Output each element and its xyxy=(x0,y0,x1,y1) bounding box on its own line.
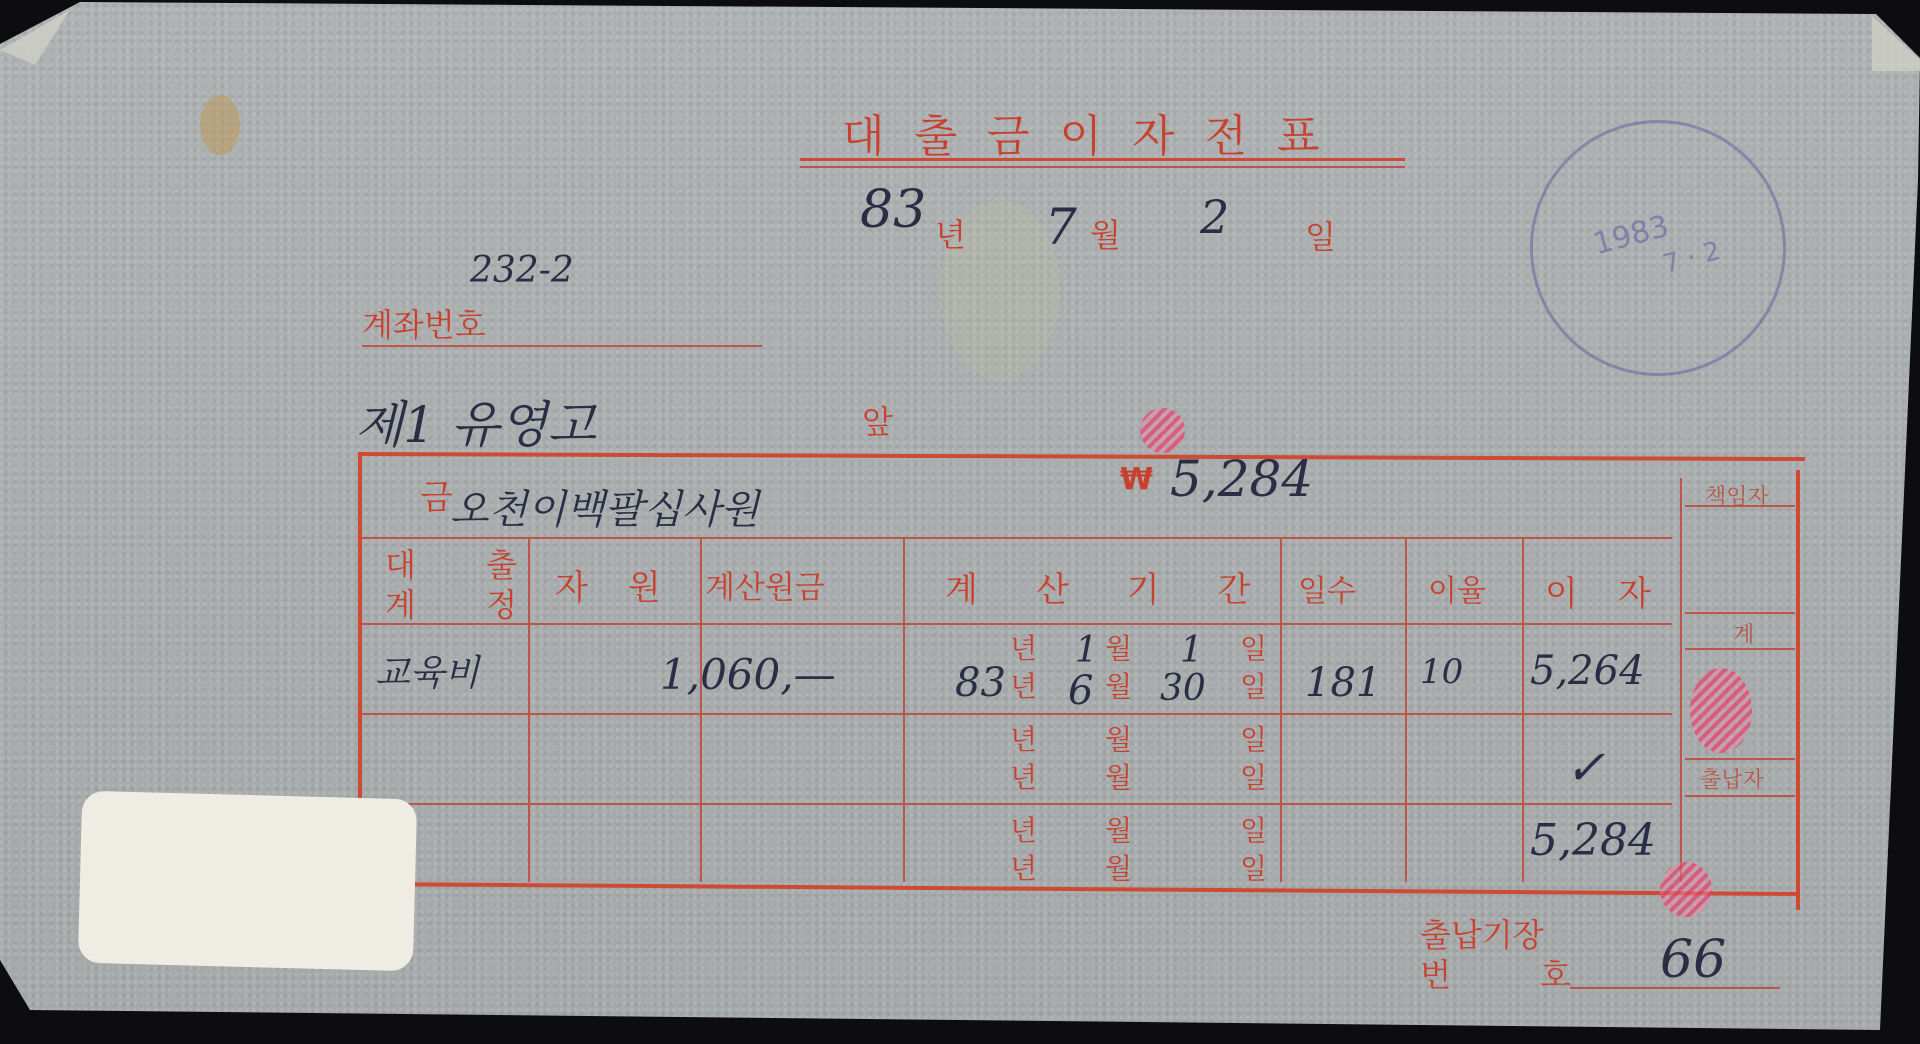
rust-stain xyxy=(200,95,240,155)
amount-text-value: 오천이백팔십사원 xyxy=(450,478,759,535)
side-line xyxy=(1685,795,1795,797)
name-seal-stamp xyxy=(1690,668,1752,753)
ledger-label-left: 번 xyxy=(1420,950,1451,996)
header-top-line xyxy=(362,537,1672,539)
side-teller-label: 출납자 xyxy=(1700,763,1764,794)
currency-symbol: ₩ xyxy=(1120,462,1153,497)
amount-label: 금 xyxy=(420,470,453,519)
side-panel-divider xyxy=(1680,478,1682,882)
ledger-number-value: 66 xyxy=(1660,930,1726,990)
ledger-label-right: 호 xyxy=(1540,950,1571,996)
date-month-value: 7 xyxy=(1045,198,1077,256)
folded-corner xyxy=(1872,16,1920,71)
period-day-labels: 일일 일일 일일 xyxy=(1240,630,1267,888)
date-postmark-stamp: 1983 7 · 2 xyxy=(1530,120,1786,376)
row1-period-to-month: 6 xyxy=(1068,668,1093,714)
header-principal: 계산원금 xyxy=(705,562,825,607)
ledger-underline xyxy=(1570,987,1780,989)
row1-period-from-month: 1 xyxy=(1075,630,1098,671)
row1-interest: 5,264 xyxy=(1530,648,1645,694)
account-number-label: 계좌번호 xyxy=(362,300,486,346)
header-period: 계산기간 xyxy=(945,562,1308,611)
date-year-value: 83 xyxy=(860,180,926,240)
row1-period-year: 83 xyxy=(955,660,1006,706)
title-underline xyxy=(800,158,1405,161)
side-line xyxy=(1685,648,1795,650)
side-line xyxy=(1685,505,1795,507)
header-source: 자원 xyxy=(555,560,701,609)
row1-days: 181 xyxy=(1305,660,1381,706)
period-year-labels: 년년 년년 년년 xyxy=(1010,630,1037,888)
row1-principal: 1,060,— xyxy=(660,650,836,699)
account-number-underline xyxy=(362,345,762,347)
side-line xyxy=(1685,612,1795,614)
payee-suffix: 앞 xyxy=(862,397,893,443)
document-title: 대출금이자전표 xyxy=(842,100,1350,164)
header-rate: 이율 xyxy=(1428,566,1486,610)
table-right-border xyxy=(1796,470,1800,910)
header-days: 일수 xyxy=(1298,566,1356,610)
payee-name-value: 제1 유영고 xyxy=(355,385,596,457)
date-day-value: 2 xyxy=(1200,190,1229,244)
header-interest: 이자 xyxy=(1545,566,1691,615)
seal-stamp xyxy=(1140,408,1185,453)
row1-period-from-day: 1 xyxy=(1180,630,1203,671)
total-interest: 5,284 xyxy=(1530,815,1656,866)
date-year-label: 년 xyxy=(935,210,966,256)
col-divider xyxy=(1405,537,1407,882)
period-month-labels: 월월 월월 월월 xyxy=(1105,630,1132,888)
row2-interest-check: ✓ xyxy=(1565,740,1605,796)
col-divider xyxy=(903,537,905,882)
row1-period-to-day: 30 xyxy=(1160,668,1206,709)
amount-number-value: 5,284 xyxy=(1170,450,1313,508)
account-number-value: 232-2 xyxy=(470,250,574,291)
seal-stamp-bottom xyxy=(1660,862,1712,917)
side-checker-label: 계 xyxy=(1733,618,1754,649)
side-line xyxy=(1685,758,1795,760)
col-divider xyxy=(1522,537,1524,882)
row1-rate: 10 xyxy=(1420,652,1463,692)
date-day-label: 일 xyxy=(1305,212,1336,258)
date-month-label: 월 xyxy=(1090,210,1121,256)
row1-account: 교육비 xyxy=(375,645,479,696)
header-loan-account-bottom: 계 정 xyxy=(385,580,547,626)
label-sticker xyxy=(78,791,417,972)
header-bottom-line xyxy=(362,623,1672,625)
title-underline-2 xyxy=(800,166,1405,168)
